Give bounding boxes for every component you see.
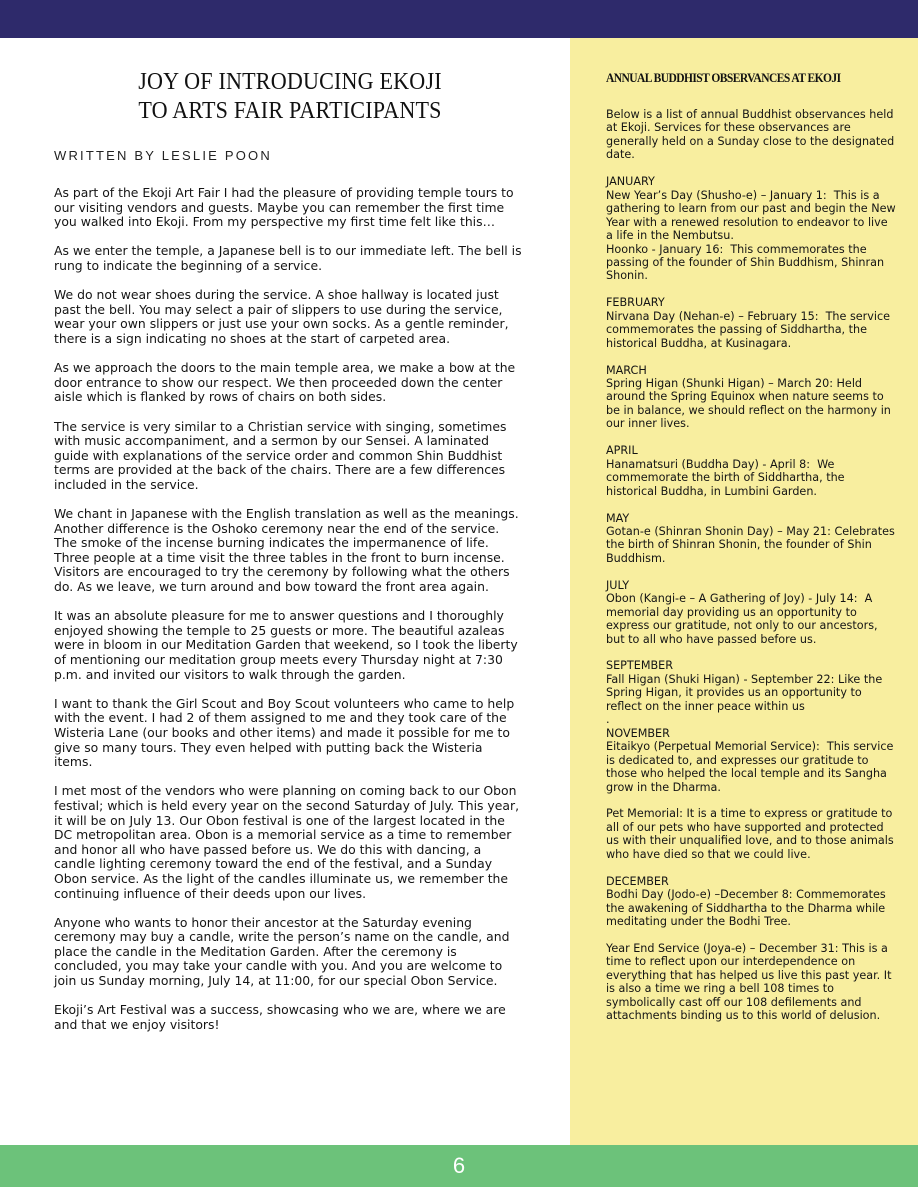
page-number: 6 <box>0 1145 918 1187</box>
article-paragraph: As we approach the doors to the main tem… <box>54 361 522 405</box>
observance-entry: New Year’s Day (Shusho-e) – January 1: T… <box>606 189 896 243</box>
month-label: FEBRUARY <box>606 296 896 309</box>
sidebar-heading: ANNUAL BUDDHIST OBSERVANCES AT EKOJI <box>606 71 873 86</box>
article-paragraph: Ekoji’s Art Festival was a success, show… <box>54 1003 522 1032</box>
article-paragraph: It was an absolute pleasure for me to an… <box>54 609 522 682</box>
month-block-november: NOVEMBER Eitaikyo (Perpetual Memorial Se… <box>606 727 896 794</box>
observance-entry: Hoonko - January 16: This commemorates t… <box>606 243 896 283</box>
footer-bar: 6 <box>0 1145 918 1187</box>
month-block-february: FEBRUARY Nirvana Day (Nehan-e) – Februar… <box>606 296 896 350</box>
observance-entry: Obon (Kangi-e – A Gathering of Joy) - Ju… <box>606 592 896 646</box>
month-block-april: APRIL Hanamatsuri (Buddha Day) - April 8… <box>606 444 896 498</box>
observance-entry: Eitaikyo (Perpetual Memorial Service): T… <box>606 740 896 794</box>
article-paragraph: As part of the Ekoji Art Fair I had the … <box>54 186 522 230</box>
article-paragraph: Anyone who wants to honor their ancestor… <box>54 916 522 989</box>
observance-entry: Hanamatsuri (Buddha Day) - April 8: We c… <box>606 458 896 498</box>
article-paragraph: As we enter the temple, a Japanese bell … <box>54 244 522 273</box>
month-block-march: MARCH Spring Higan (Shunki Higan) – Marc… <box>606 364 896 431</box>
month-label: MARCH <box>606 364 896 377</box>
article-title: JOY OF INTRODUCING EKOJI TO ARTS FAIR PA… <box>74 68 506 126</box>
observance-entry: Fall Higan (Shuki Higan) - September 22:… <box>606 673 896 713</box>
observances-list: Below is a list of annual Buddhist obser… <box>606 108 896 1036</box>
observance-entry: Gotan-e (Shinran Shonin Day) – May 21: C… <box>606 525 896 565</box>
month-label: NOVEMBER <box>606 727 896 740</box>
stray-period: . <box>606 713 896 726</box>
observance-entry: Nirvana Day (Nehan-e) – February 15: The… <box>606 310 896 350</box>
month-label: DECEMBER <box>606 875 896 888</box>
month-label: MAY <box>606 512 896 525</box>
article-paragraph: The service is very similar to a Christi… <box>54 420 522 493</box>
observance-entry-year-end: Year End Service (Joya-e) – December 31:… <box>606 942 896 1023</box>
sidebar-intro: Below is a list of annual Buddhist obser… <box>606 108 896 162</box>
month-label: APRIL <box>606 444 896 457</box>
month-block-december: DECEMBER Bodhi Day (Jodo-e) –December 8:… <box>606 875 896 929</box>
month-block-may: MAY Gotan-e (Shinran Shonin Day) – May 2… <box>606 512 896 566</box>
month-label: JULY <box>606 579 896 592</box>
header-bar <box>0 0 918 38</box>
article-paragraph: I met most of the vendors who were plann… <box>54 784 522 901</box>
month-block-september: SEPTEMBER Fall Higan (Shuki Higan) - Sep… <box>606 659 896 726</box>
observance-entry: Bodhi Day (Jodo-e) –December 8: Commemor… <box>606 888 896 928</box>
month-label: JANUARY <box>606 175 896 188</box>
observance-entry-pet-memorial: Pet Memorial: It is a time to express or… <box>606 807 896 861</box>
article-paragraph: We chant in Japanese with the English tr… <box>54 507 522 595</box>
article-byline: WRITTEN BY LESLIE POON <box>54 148 272 163</box>
article-body: As part of the Ekoji Art Fair I had the … <box>54 186 522 1047</box>
month-block-january: JANUARY New Year’s Day (Shusho-e) – Janu… <box>606 175 896 283</box>
month-label: SEPTEMBER <box>606 659 896 672</box>
article-title-line-1: JOY OF INTRODUCING EKOJI <box>74 68 506 97</box>
article-paragraph: I want to thank the Girl Scout and Boy S… <box>54 697 522 770</box>
article-title-line-2: TO ARTS FAIR PARTICIPANTS <box>74 97 506 126</box>
article-paragraph: We do not wear shoes during the service.… <box>54 288 522 346</box>
month-block-july: JULY Obon (Kangi-e – A Gathering of Joy)… <box>606 579 896 646</box>
observance-entry: Spring Higan (Shunki Higan) – March 20: … <box>606 377 896 431</box>
